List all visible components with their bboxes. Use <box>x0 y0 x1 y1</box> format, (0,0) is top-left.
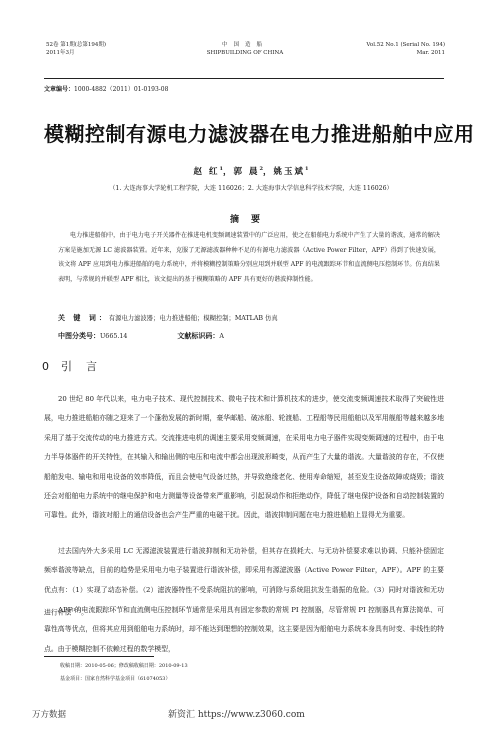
author-separator: ， <box>263 167 274 177</box>
author-name: 姚玉斌 <box>273 167 305 177</box>
journal-issue-info-english: Vol.52 No.1 (Serial No. 194) Mar. 2011 <box>366 41 445 57</box>
section-heading: 0引言 <box>42 358 111 374</box>
article-number: 文章编号：1000-4882（2011）01-0193-08 <box>44 84 168 93</box>
author-name: 郭 晨 <box>234 167 260 177</box>
section-number: 0 <box>42 360 49 373</box>
publication-date: 2011年3月 <box>46 49 106 57</box>
affiliations: （1. 大连海事大学轮机工程学院，大连 116026；2. 大连海事大学信息科学… <box>0 183 502 192</box>
classification: 中图分类号：U665.14文献标识码：A <box>58 331 224 341</box>
header-divider <box>44 78 444 79</box>
section-title: 引言 <box>61 360 111 373</box>
doc-code-value: A <box>219 333 224 340</box>
journal-name-english: SHIPBUILDING OF CHINA <box>205 49 285 57</box>
article-number-label: 文章编号： <box>44 86 74 93</box>
watermark-wanfang: 万方数据 <box>32 708 66 720</box>
body-paragraph: 20 世纪 80 年代以来，电力电子技术、现代控制技术、微电子技术和计算机技术的… <box>44 390 444 526</box>
clc-label: 中图分类号： <box>58 332 100 340</box>
author-name: 赵 红 <box>194 167 220 177</box>
clc-value: U665.14 <box>100 333 127 340</box>
article-number-value: 1000-4882（2011）01-0193-08 <box>74 86 168 93</box>
footnote-fund: 基金项目：国家自然科学基金项目（61074053） <box>60 675 170 682</box>
body-paragraph: APF 的电流跟踪环节和直流侧电压控制环节通常是采用具有固定参数的常规 PI 控… <box>44 601 444 659</box>
volume-issue-english: Vol.52 No.1 (Serial No. 194) <box>366 41 445 49</box>
footnote-received-date: 收稿日期：2010-05-06；修改稿收稿日期：2010-09-13 <box>60 662 188 669</box>
footnote-divider <box>44 656 154 657</box>
journal-name-chinese: 中国造船 <box>205 41 285 49</box>
keywords-label: 关 键 词： <box>58 314 109 322</box>
journal-name: 中国造船 SHIPBUILDING OF CHINA <box>205 41 285 57</box>
author-separator: ， <box>223 167 234 177</box>
paper-title: 模糊控制有源电力滤波器在电力推进船舶中应用 <box>44 118 464 147</box>
keywords: 关 键 词：有源电力滤波器；电力推进船舶；模糊控制；MATLAB 仿真 <box>58 313 278 323</box>
volume-issue: 52卷 第1期(总第194期) <box>46 41 106 49</box>
watermark-url: 新资汇 https://www.z3060.com <box>168 707 305 720</box>
author-list: 赵 红1，郭 晨2，姚玉斌1 <box>0 165 502 177</box>
publication-date-english: Mar. 2011 <box>366 49 445 57</box>
keywords-value: 有源电力滤波器；电力推进船舶；模糊控制；MATLAB 仿真 <box>109 315 278 322</box>
abstract-text: 电力推进船舶中，由于电力电子开关器件在推进电机变频调速装置中的广泛应用，使之在船… <box>58 229 440 287</box>
doc-code-label: 文献标识码： <box>177 332 219 340</box>
author-affiliation-mark: 1 <box>305 166 308 172</box>
abstract-heading: 摘要 <box>0 212 502 225</box>
journal-issue-info: 52卷 第1期(总第194期) 2011年3月 <box>46 41 106 57</box>
